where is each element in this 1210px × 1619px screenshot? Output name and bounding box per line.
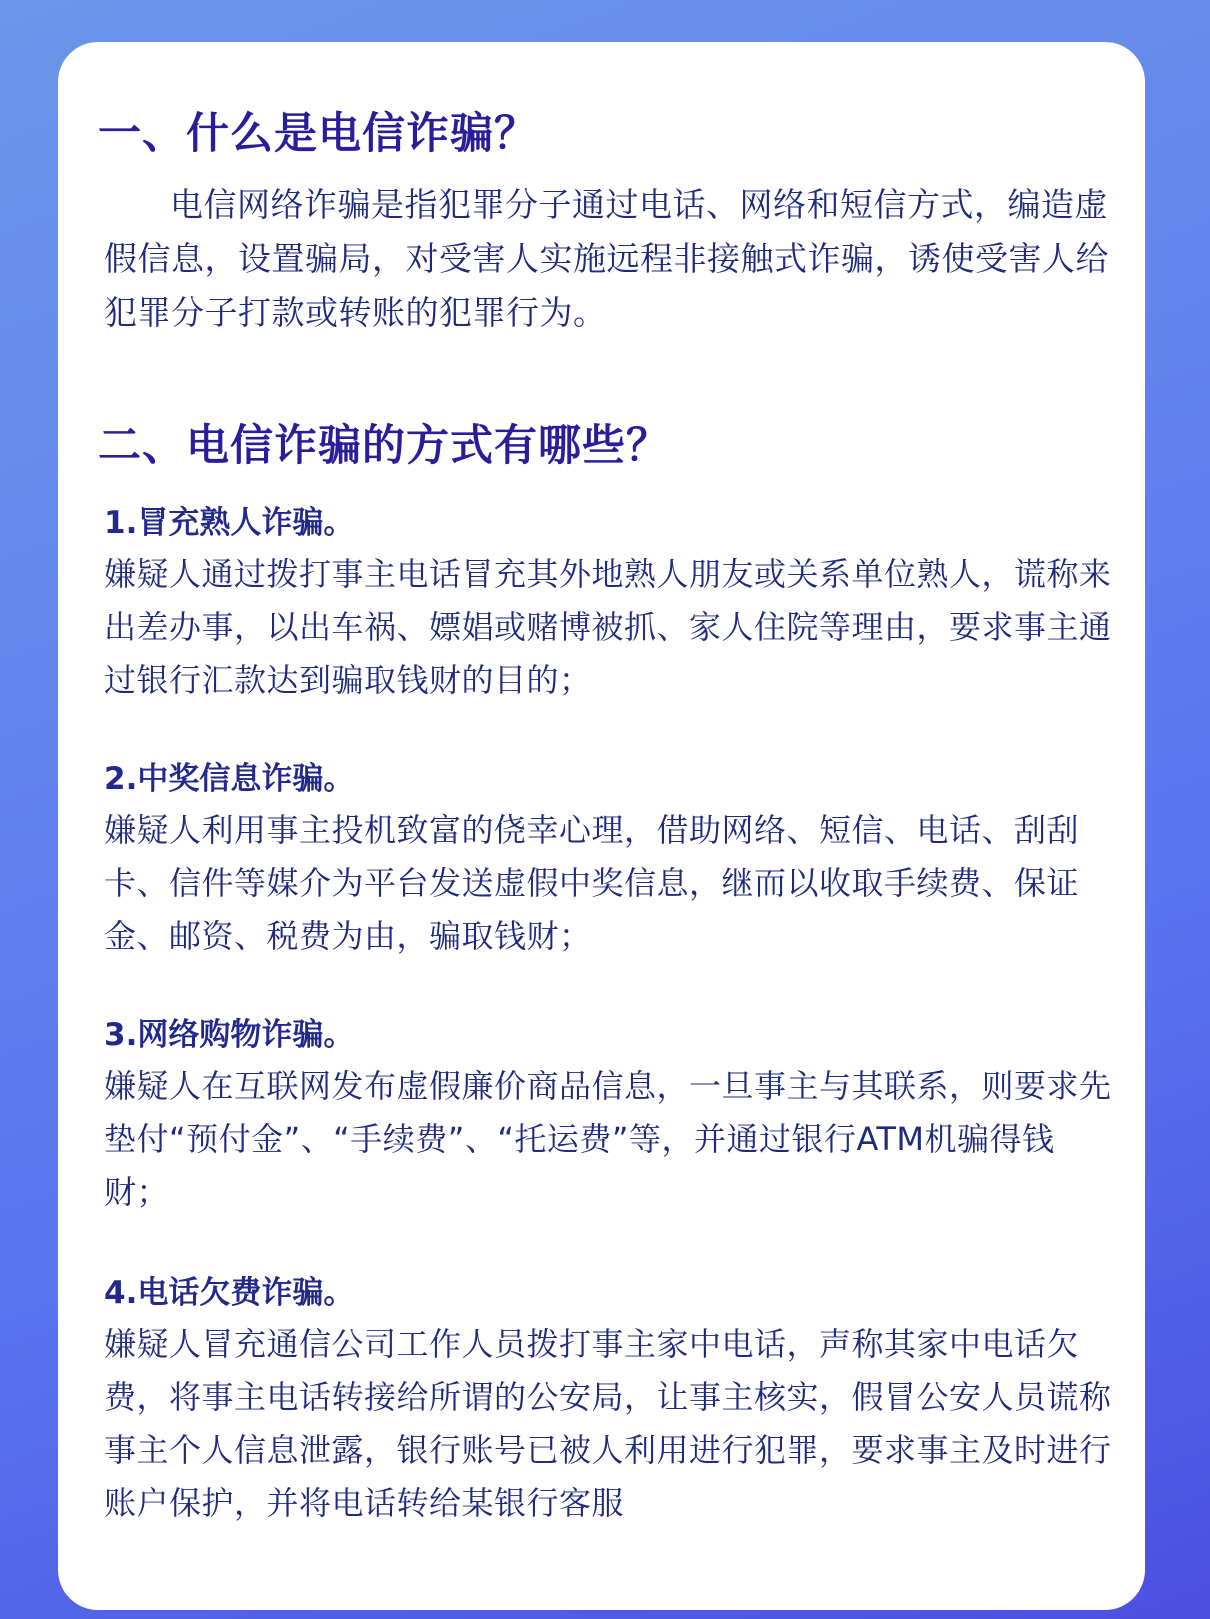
fraud-method-title: 3.网络购物诈骗。 — [104, 1010, 1114, 1060]
fraud-method-description: 嫌疑人在互联网发布虚假廉价商品信息，一旦事主与其联系，则要求先垫付“预付金”、“… — [104, 1060, 1114, 1219]
section-title-what-is-telecom-fraud: 一、什么是电信诈骗？ — [98, 100, 538, 161]
fraud-method-title: 4.电话欠费诈骗。 — [104, 1268, 1114, 1318]
fraud-method-item-2: 2.中奖信息诈骗。 嫌疑人利用事主投机致富的侥幸心理，借助网络、短信、电话、刮刮… — [104, 754, 1114, 963]
section-title-fraud-methods: 二、电信诈骗的方式有哪些？ — [98, 412, 670, 473]
fraud-method-description: 嫌疑人利用事主投机致富的侥幸心理，借助网络、短信、电话、刮刮卡、信件等媒介为平台… — [104, 804, 1114, 963]
fraud-method-item-1: 1.冒充熟人诈骗。 嫌疑人通过拨打事主电话冒充其外地熟人朋友或关系单位熟人，谎称… — [104, 498, 1114, 707]
fraud-method-item-4: 4.电话欠费诈骗。 嫌疑人冒充通信公司工作人员拨打事主家中电话，声称其家中电话欠… — [104, 1268, 1114, 1530]
fraud-method-description: 嫌疑人冒充通信公司工作人员拨打事主家中电话，声称其家中电话欠费，将事主电话转接给… — [104, 1318, 1114, 1530]
fraud-method-item-3: 3.网络购物诈骗。 嫌疑人在互联网发布虚假廉价商品信息，一旦事主与其联系，则要求… — [104, 1010, 1114, 1219]
fraud-method-title: 1.冒充熟人诈骗。 — [104, 498, 1114, 548]
section-intro-paragraph: 电信网络诈骗是指犯罪分子通过电话、网络和短信方式，编造虚假信息，设置骗局，对受害… — [104, 178, 1114, 340]
fraud-method-description: 嫌疑人通过拨打事主电话冒充其外地熟人朋友或关系单位熟人，谎称来出差办事，以出车祸… — [104, 548, 1114, 707]
content-card: 一、什么是电信诈骗？ 电信网络诈骗是指犯罪分子通过电话、网络和短信方式，编造虚假… — [58, 42, 1145, 1610]
fraud-method-title: 2.中奖信息诈骗。 — [104, 754, 1114, 804]
